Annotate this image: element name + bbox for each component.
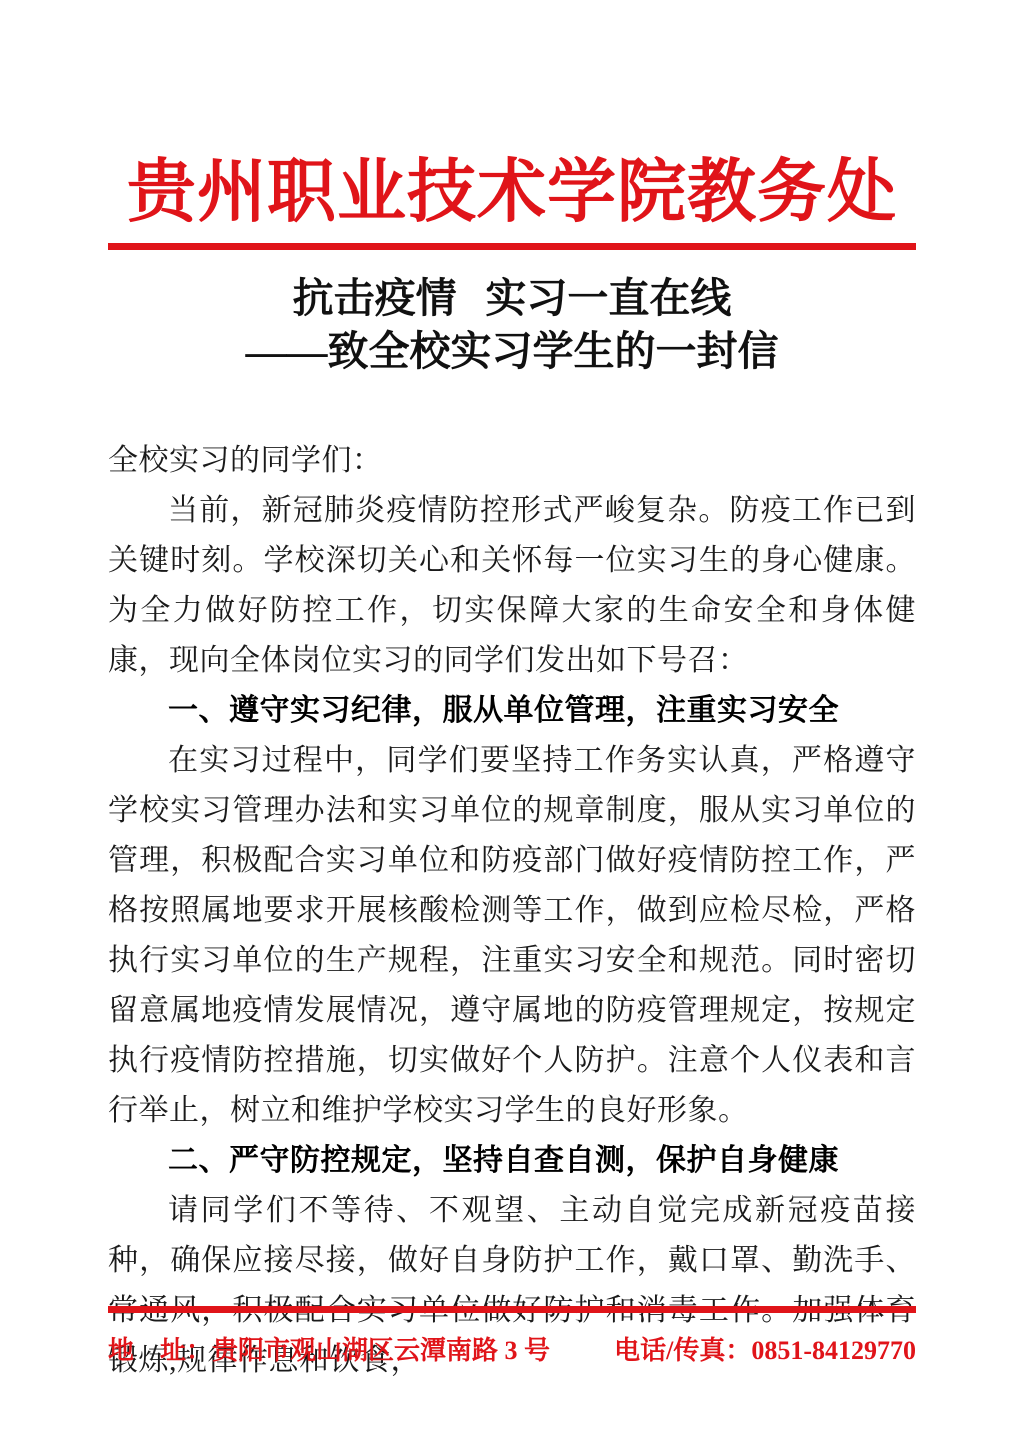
document-title-line2: ——致全校实习学生的一封信 [108, 325, 916, 378]
letterhead-divider-rule [108, 243, 916, 250]
letterhead-footer: 地 址：贵阳市观山湖区云潭南路 3 号 电话/传真：0851-84129770 [108, 1306, 916, 1367]
section-2-heading: 二、严守防控规定，坚持自查自测，保护自身健康 [108, 1136, 916, 1186]
letterhead: 贵州职业技术学院教务处 [108, 148, 916, 250]
section-1-paragraph: 在实习过程中，同学们要坚持工作务实认真，严格遵守学校实习管理办法和实习单位的规章… [108, 736, 916, 1136]
salutation: 全校实习的同学们： [108, 436, 916, 486]
footer-phone-fax: 电话/传真：0851-84129770 [614, 1330, 916, 1367]
footer-divider-rule [108, 1306, 916, 1313]
document-title: 抗击疫情 实习一直在线 ——致全校实习学生的一封信 [108, 272, 916, 378]
intro-paragraph: 当前，新冠肺炎疫情防控形式严峻复杂。防疫工作已到关键时刻。学校深切关心和关怀每一… [108, 486, 916, 686]
section-1-heading: 一、遵守实习纪律，服从单位管理，注重实习安全 [108, 686, 916, 736]
letter-body: 全校实习的同学们： 当前，新冠肺炎疫情防控形式严峻复杂。防疫工作已到关键时刻。学… [108, 436, 916, 1386]
letterhead-org-title: 贵州职业技术学院教务处 [108, 148, 916, 236]
document-page: 贵州职业技术学院教务处 抗击疫情 实习一直在线 ——致全校实习学生的一封信 全校… [0, 0, 1024, 1448]
footer-address: 地 址：贵阳市观山湖区云潭南路 3 号 [108, 1330, 550, 1367]
footer-contact-row: 地 址：贵阳市观山湖区云潭南路 3 号 电话/传真：0851-84129770 [108, 1330, 916, 1367]
document-title-line1: 抗击疫情 实习一直在线 [108, 272, 916, 325]
